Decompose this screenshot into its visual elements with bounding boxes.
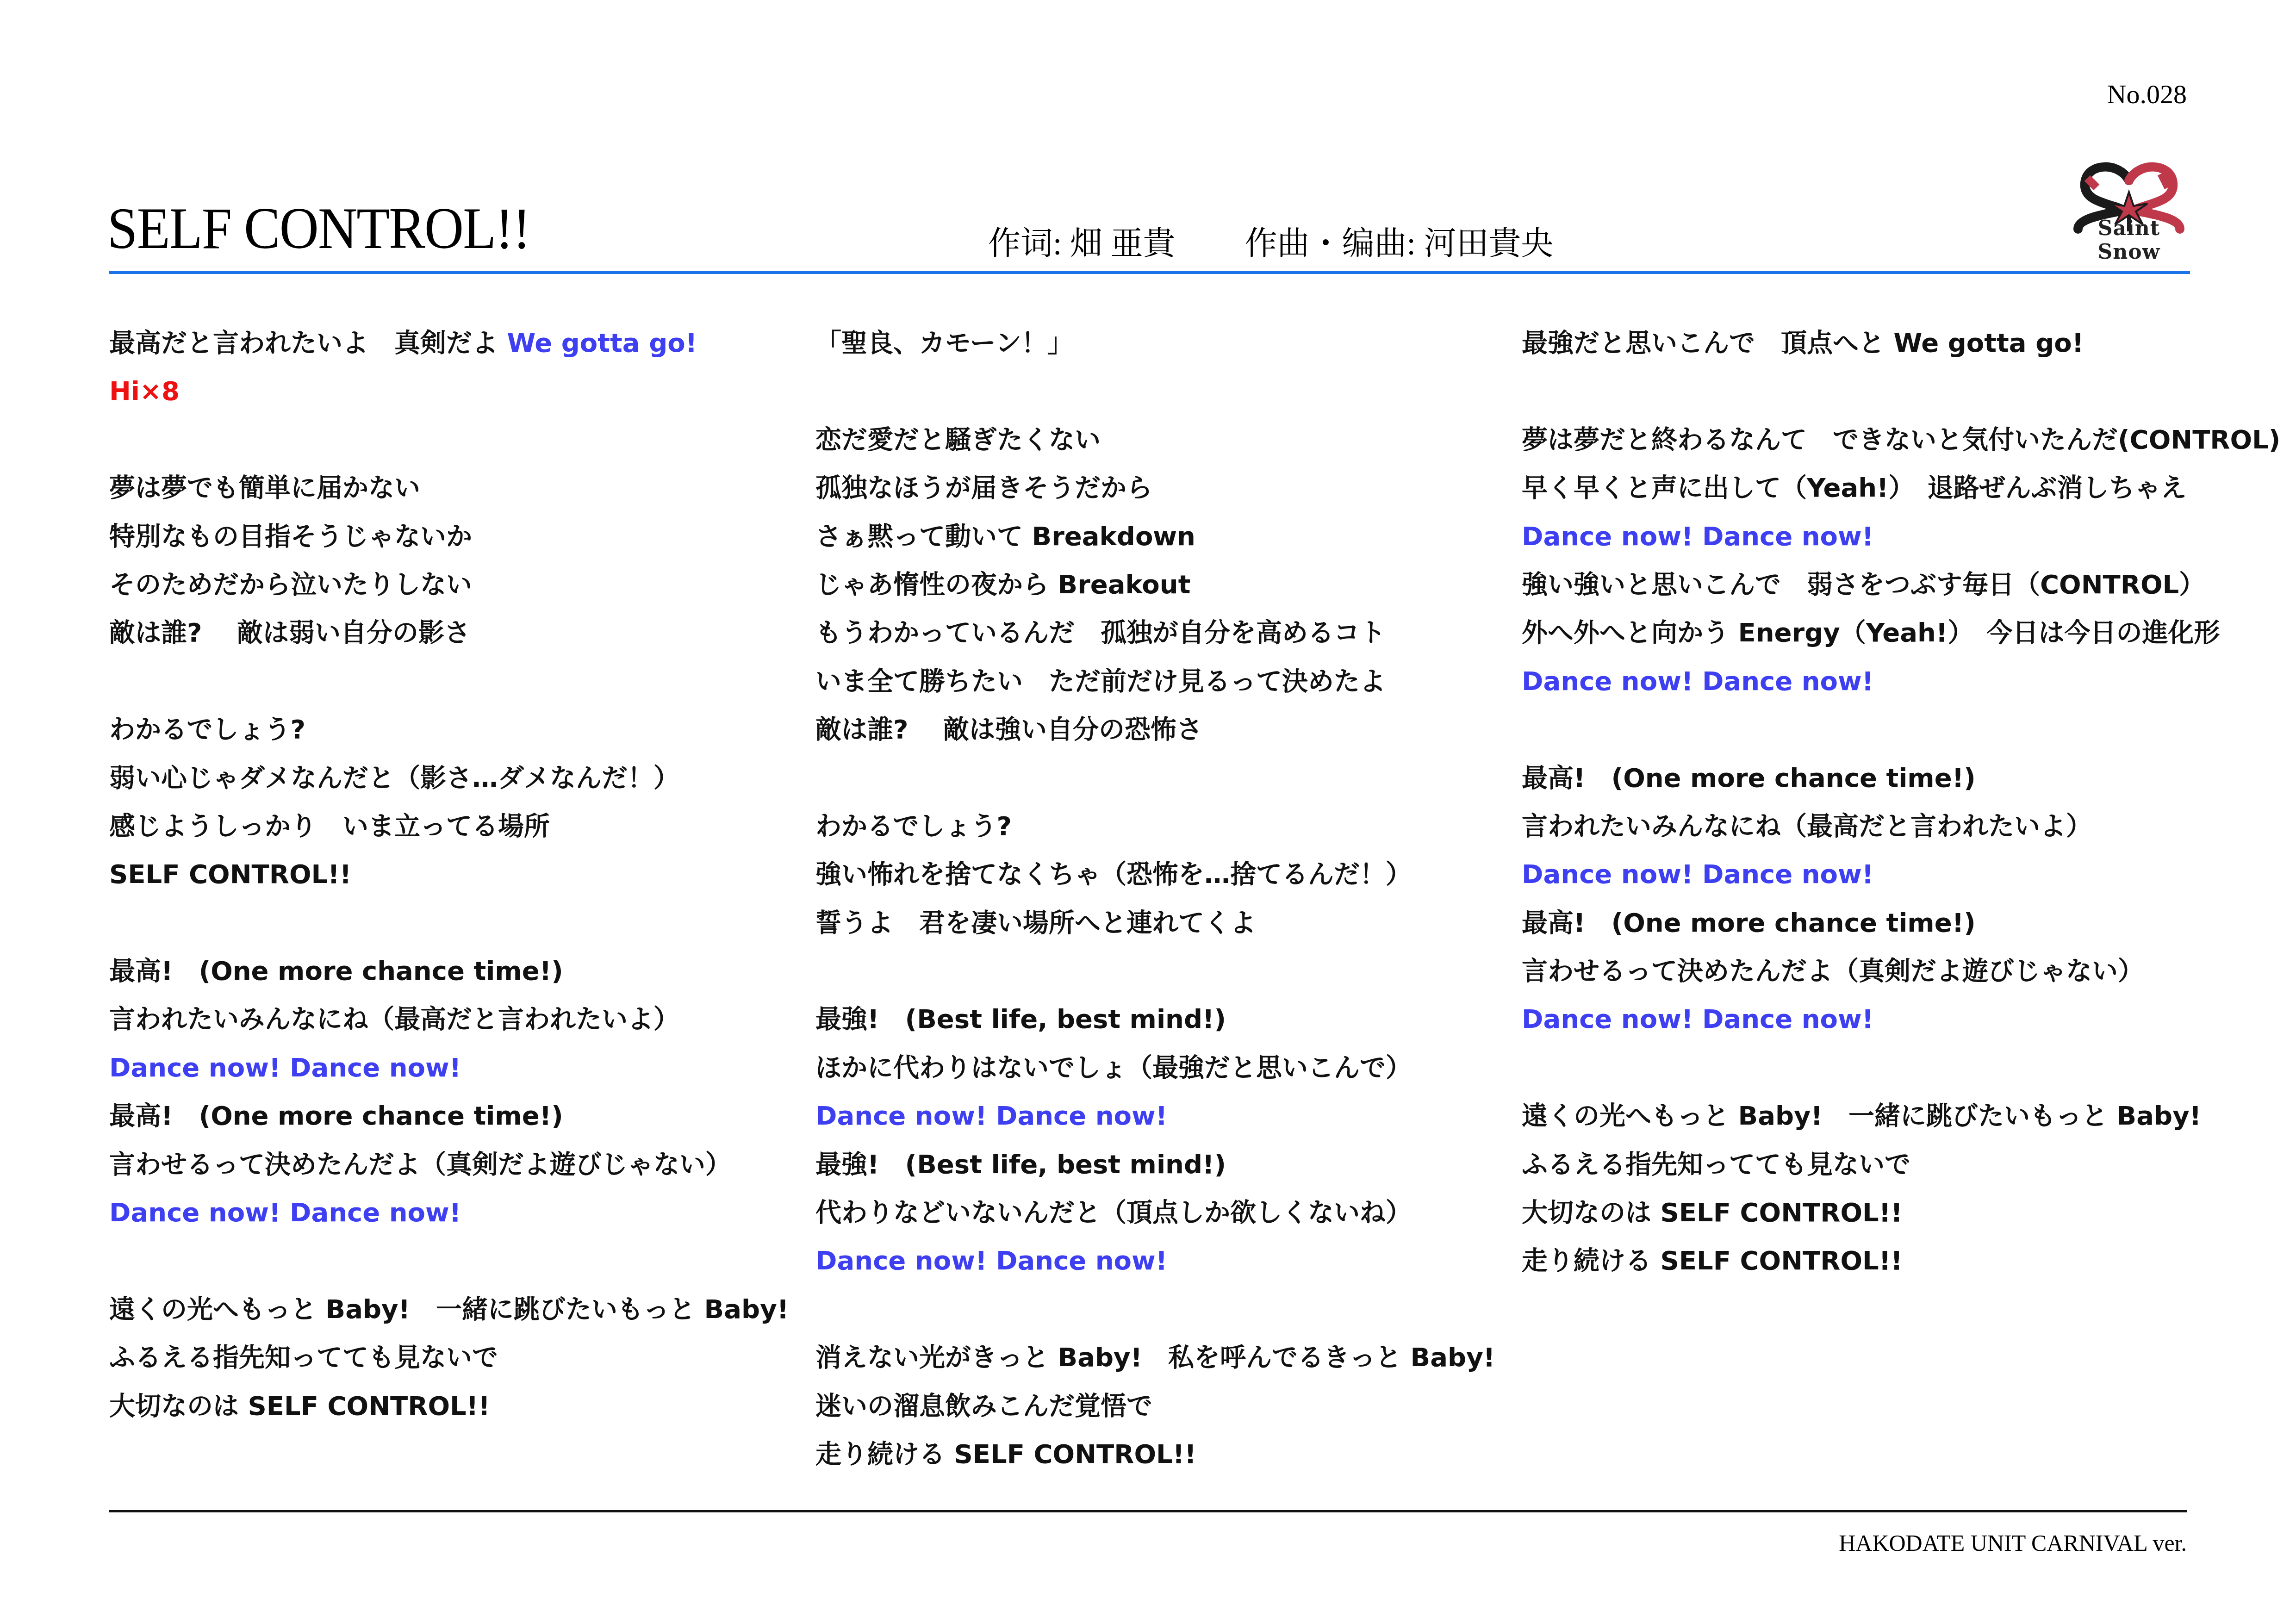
lyric-line: Dance now! Dance now! (1522, 513, 2216, 561)
lyric-line: 言わせるって決めたんだよ（真剣だよ遊びじゃない） (109, 1141, 803, 1189)
lyric-segment: 言わせるって決めたんだよ（真剣だよ遊びじゃない） (109, 1150, 731, 1180)
lyric-segment: Dance now! Dance now! (109, 1198, 461, 1228)
blank-line (815, 367, 1510, 416)
lyric-segment: 最高! (One more chance time!) (109, 1101, 563, 1131)
lyric-line: 最高だと言われたいよ 真剣だよ We gotta go! (109, 319, 803, 367)
lyric-line: Hi×8 (109, 367, 803, 416)
version-label: HAKODATE UNIT CARNIVAL ver. (1839, 1530, 2187, 1556)
lyric-line: 最強だと思いこんで 頂点へと We gotta go! (1522, 319, 2216, 367)
lyric-segment: 誓うよ 君を凄い場所へと連れてくよ (815, 908, 1256, 938)
lyric-line: いま全て勝ちたい ただ前だけ見るって決めたよ (815, 658, 1510, 706)
composer-credit: 作曲・编曲: 河田貴央 (1244, 226, 1553, 262)
blank-line (815, 1286, 1510, 1334)
lyric-line: 感じようしっかり いま立ってる場所 (109, 802, 803, 851)
lyric-line: Dance now! Dance now! (1522, 658, 2216, 706)
lyric-segment: そのためだから泣いたりしない (109, 570, 472, 600)
lyric-segment: Hi×8 (109, 376, 180, 406)
lyric-segment: 大切なのは SELF CONTROL!! (1522, 1198, 1903, 1228)
blank-line (109, 899, 803, 947)
lyric-segment: 夢は夢でも簡単に届かない (109, 473, 420, 503)
lyric-segment: 弱い心じゃダメなんだと（影さ…ダメなんだ！） (109, 763, 679, 793)
lyric-line: Dance now! Dance now! (815, 1092, 1510, 1140)
blank-line (109, 416, 803, 464)
lyric-segment: 言わせるって決めたんだよ（真剣だよ遊びじゃない） (1522, 956, 2144, 986)
lyric-segment: 消えない光がきっと Baby! 私を呼んでるきっと Baby! (815, 1343, 1495, 1373)
lyric-line: 強い怖れを捨てなくちゃ（恐怖を…捨てるんだ！） (815, 851, 1510, 899)
lyric-segment: さぁ黙って動いて Breakdown (815, 522, 1195, 552)
lyric-segment: 代わりなどいないんだと（頂点しか欲しくないね） (815, 1198, 1412, 1228)
lyric-line: 「聖良、カモーン！」 (815, 319, 1510, 367)
lyric-line: 早く早くと声に出して（Yeah!） 退路ぜんぶ消しちゃえ (1522, 464, 2216, 512)
lyric-segment: 外へ外へと向かう Energy（Yeah!） 今日は今日の進化形 (1522, 618, 2220, 648)
blank-line (815, 947, 1510, 995)
lyric-segment: Dance now! Dance now! (1522, 666, 1873, 696)
lyric-line: 最高! (One more chance time!) (1522, 899, 2216, 947)
lyric-line: Dance now! Dance now! (109, 1189, 803, 1237)
lyric-segment: 最強! (Best life, best mind!) (815, 1004, 1226, 1034)
lyric-line: わかるでしょう? (109, 706, 803, 754)
lyric-segment: 最強! (Best life, best mind!) (815, 1150, 1226, 1180)
lyric-line: 言わせるって決めたんだよ（真剣だよ遊びじゃない） (1522, 947, 2216, 995)
lyric-line: 最高! (One more chance time!) (109, 947, 803, 995)
saint-snow-logo: Saint Snow (2069, 160, 2189, 264)
lyrics-column-2: 「聖良、カモーン！」恋だ愛だと騒ぎたくない孤独なほうが届きそうだからさぁ黙って動… (815, 319, 1510, 1479)
lyric-line: 最強! (Best life, best mind!) (815, 995, 1510, 1044)
lyric-line: 大切なのは SELF CONTROL!! (109, 1382, 803, 1430)
lyric-segment: 特別なもの目指そうじゃないか (109, 522, 472, 552)
lyric-line: 最強! (Best life, best mind!) (815, 1141, 1510, 1189)
lyric-segment: 感じようしっかり いま立ってる場所 (109, 811, 550, 841)
lyric-line: ふるえる指先知ってても見ないで (1522, 1141, 2216, 1189)
lyric-segment: もうわかっているんだ 孤独が自分を高めるコト (815, 618, 1386, 648)
lyric-segment: ふるえる指先知ってても見ないで (1522, 1150, 1910, 1180)
lyric-line: 言われたいみんなにね（最高だと言われたいよ） (1522, 802, 2216, 851)
lyric-line: ほかに代わりはないでしょ（最強だと思いこんで） (815, 1044, 1510, 1092)
lyric-segment: Dance now! Dance now! (1522, 522, 1873, 552)
lyric-line: 誓うよ 君を凄い場所へと連れてくよ (815, 899, 1510, 947)
lyric-segment: 最強だと思いこんで 頂点へと We gotta go! (1522, 328, 2084, 358)
footer-divider (109, 1510, 2187, 1512)
lyric-line: 孤独なほうが届きそうだから (815, 464, 1510, 512)
lyric-segment: 遠くの光へもっと Baby! 一緒に跳びたいもっと Baby! (109, 1294, 789, 1325)
lyric-segment: わかるでしょう? (109, 715, 305, 745)
lyric-segment: ふるえる指先知ってても見ないで (109, 1343, 498, 1373)
lyric-segment: じゃあ惰性の夜から Breakout (815, 570, 1190, 600)
lyric-segment: 大切なのは SELF CONTROL!! (109, 1391, 490, 1421)
song-title: SELF CONTROL!! (107, 194, 530, 262)
lyric-segment: 走り続ける SELF CONTROL!! (1522, 1246, 1903, 1276)
lyric-line: Dance now! Dance now! (1522, 995, 2216, 1044)
lyric-line: 敵は誰? 敵は弱い自分の影さ (109, 609, 803, 657)
lyricist-credit: 作词: 畑 亜貴 (988, 226, 1175, 262)
lyric-segment: Dance now! Dance now! (109, 1053, 461, 1083)
lyric-line: Dance now! Dance now! (1522, 851, 2216, 899)
lyric-segment: 敵は誰? 敵は弱い自分の影さ (109, 618, 470, 648)
lyric-segment: 最高! (One more chance time!) (1522, 763, 1976, 793)
lyric-line: SELF CONTROL!! (109, 851, 803, 899)
lyrics-column-1: 最高だと言われたいよ 真剣だよ We gotta go!Hi×8夢は夢でも簡単に… (109, 319, 803, 1430)
lyric-segment: わかるでしょう? (815, 811, 1012, 841)
document-number: No.028 (2107, 79, 2187, 110)
lyric-line: 夢は夢でも簡単に届かない (109, 464, 803, 512)
lyric-line: 言われたいみんなにね（最高だと言われたいよ） (109, 995, 803, 1044)
lyric-line: 走り続ける SELF CONTROL!! (815, 1430, 1510, 1479)
lyric-segment: いま全て勝ちたい ただ前だけ見るって決めたよ (815, 666, 1386, 696)
lyric-line: じゃあ惰性の夜から Breakout (815, 561, 1510, 609)
lyric-line: 特別なもの目指そうじゃないか (109, 513, 803, 561)
blank-line (109, 658, 803, 706)
blank-line (1522, 1044, 2216, 1092)
lyric-segment: 最高! (One more chance time!) (1522, 908, 1976, 938)
lyric-line: そのためだから泣いたりしない (109, 561, 803, 609)
lyric-line: 恋だ愛だと騒ぎたくない (815, 416, 1510, 464)
lyric-line: Dance now! Dance now! (815, 1237, 1510, 1285)
blank-line (1522, 367, 2216, 416)
blank-line (1522, 706, 2216, 754)
lyric-segment: We gotta go! (507, 328, 697, 358)
lyric-segment: 強い強いと思いこんで 弱さをつぶす毎日（CONTROL） (1522, 570, 2205, 600)
lyric-segment: Dance now! Dance now! (1522, 859, 1873, 889)
lyric-segment: SELF CONTROL!! (109, 859, 351, 889)
blank-line (815, 754, 1510, 802)
lyric-segment: 最高! (One more chance time!) (109, 956, 563, 986)
lyric-segment: 恋だ愛だと騒ぎたくない (815, 425, 1101, 455)
lyric-line: さぁ黙って動いて Breakdown (815, 513, 1510, 561)
lyric-segment: 夢は夢だと終わるなんて できないと気付いたんだ(CONTROL) (1522, 425, 2280, 455)
lyric-line: Dance now! Dance now! (109, 1044, 803, 1092)
lyric-line: 外へ外へと向かう Energy（Yeah!） 今日は今日の進化形 (1522, 609, 2216, 657)
lyric-line: 夢は夢だと終わるなんて できないと気付いたんだ(CONTROL) (1522, 416, 2216, 464)
lyric-segment: ほかに代わりはないでしょ（最強だと思いこんで） (815, 1053, 1412, 1083)
lyric-line: 最高! (One more chance time!) (109, 1092, 803, 1140)
lyric-line: 代わりなどいないんだと（頂点しか欲しくないね） (815, 1189, 1510, 1237)
lyric-line: 最高! (One more chance time!) (1522, 754, 2216, 802)
lyric-segment: Dance now! Dance now! (1522, 1004, 1873, 1034)
lyric-line: 強い強いと思いこんで 弱さをつぶす毎日（CONTROL） (1522, 561, 2216, 609)
lyrics-column-3: 最強だと思いこんで 頂点へと We gotta go!夢は夢だと終わるなんて で… (1522, 319, 2216, 1286)
lyric-segment: 迷いの溜息飲みこんだ覚悟で (815, 1391, 1152, 1421)
lyric-segment: 走り続ける SELF CONTROL!! (815, 1439, 1196, 1469)
credits: 作词: 畑 亜貴作曲・编曲: 河田貴央 (988, 218, 1553, 264)
lyric-line: もうわかっているんだ 孤独が自分を高めるコト (815, 609, 1510, 657)
lyric-line: 消えない光がきっと Baby! 私を呼んでるきっと Baby! (815, 1334, 1510, 1382)
lyric-segment: 最高だと言われたいよ 真剣だよ (109, 328, 507, 358)
lyric-line: 敵は誰? 敵は強い自分の恐怖さ (815, 706, 1510, 754)
lyric-segment: Dance now! Dance now! (815, 1101, 1167, 1131)
lyric-segment: 言われたいみんなにね（最高だと言われたいよ） (1522, 811, 2092, 841)
blank-line (109, 1237, 803, 1285)
lyric-segment: 「聖良、カモーン！」 (815, 328, 1073, 358)
lyric-segment: 強い怖れを捨てなくちゃ（恐怖を…捨てるんだ！） (815, 859, 1412, 889)
lyric-segment: 敵は誰? 敵は強い自分の恐怖さ (815, 715, 1202, 745)
lyric-segment: 言われたいみんなにね（最高だと言われたいよ） (109, 1004, 679, 1034)
lyric-segment: 遠くの光へもっと Baby! 一緒に跳びたいもっと Baby! (1522, 1101, 2201, 1131)
lyric-line: 大切なのは SELF CONTROL!! (1522, 1189, 2216, 1237)
header-divider (109, 271, 2190, 274)
lyric-line: ふるえる指先知ってても見ないで (109, 1334, 803, 1382)
lyric-segment: Dance now! Dance now! (815, 1246, 1167, 1276)
lyric-line: 弱い心じゃダメなんだと（影さ…ダメなんだ！） (109, 754, 803, 802)
lyric-line: 遠くの光へもっと Baby! 一緒に跳びたいもっと Baby! (1522, 1092, 2216, 1140)
lyric-line: 遠くの光へもっと Baby! 一緒に跳びたいもっと Baby! (109, 1286, 803, 1334)
lyric-segment: 孤独なほうが届きそうだから (815, 473, 1152, 503)
lyric-line: 走り続ける SELF CONTROL!! (1522, 1237, 2216, 1285)
lyric-line: 迷いの溜息飲みこんだ覚悟で (815, 1382, 1510, 1430)
logo-text: Saint Snow (2069, 217, 2189, 264)
lyric-line: わかるでしょう? (815, 802, 1510, 851)
lyric-segment: 早く早くと声に出して（Yeah!） 退路ぜんぶ消しちゃえ (1522, 473, 2187, 503)
